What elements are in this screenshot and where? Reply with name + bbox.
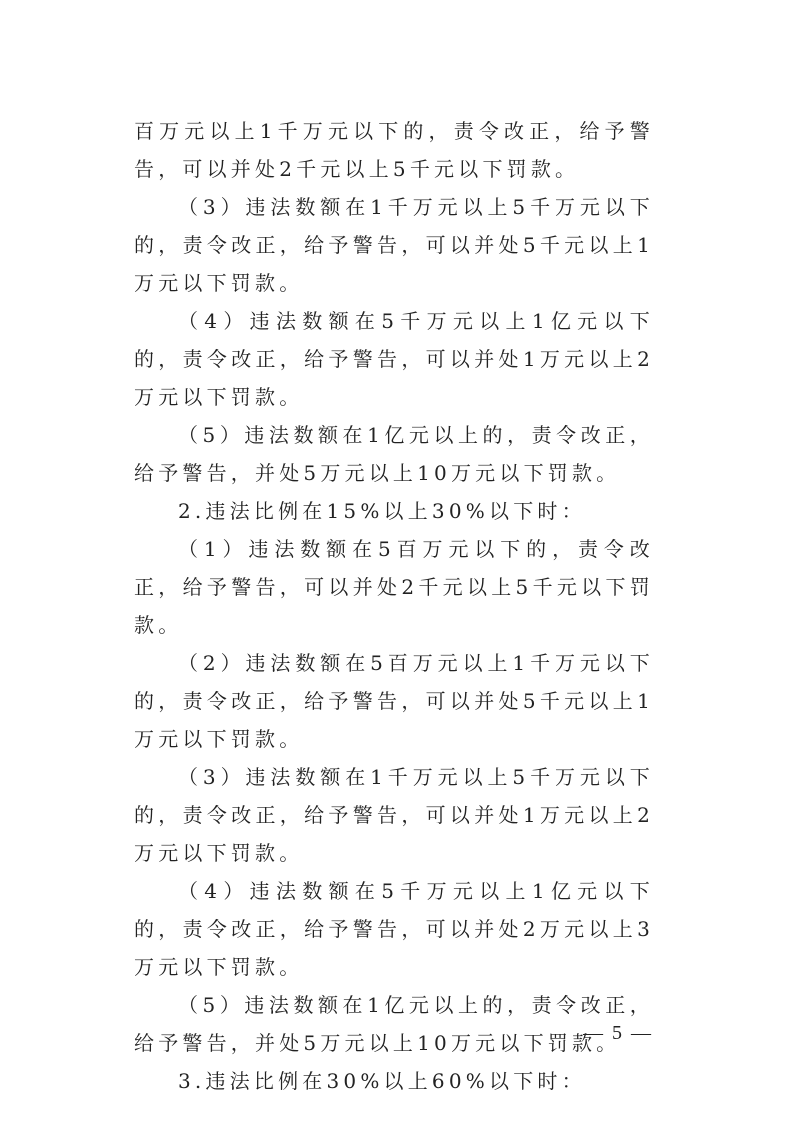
paragraph-item-2: （2）违法数额在5百万元以上1千万元以下的，责令改正，给予警告，可以并处5千元以… bbox=[134, 644, 654, 758]
page-number: — 5 — bbox=[583, 1022, 653, 1045]
paragraph-item-3: （3）违法数额在1千万元以上5千万元以下的，责令改正，给予警告，可以并处5千元以… bbox=[134, 188, 654, 302]
paragraph-item-1: （1）违法数额在5百万元以下的，责令改正，给予警告，可以并处2千元以上5千元以下… bbox=[134, 530, 654, 644]
paragraph-item-4: （4）违法数额在5千万元以上1亿元以下的，责令改正，给予警告，可以并处2万元以上… bbox=[134, 872, 654, 986]
section-heading-3: 3.违法比例在30%以上60%以下时： bbox=[134, 1062, 654, 1100]
paragraph-item-3: （3）违法数额在1千万元以上5千万元以下的，责令改正，给予警告，可以并处1万元以… bbox=[134, 758, 654, 872]
section-heading-2: 2.违法比例在15%以上30%以下时： bbox=[134, 492, 654, 530]
document-body: 百万元以上1千万元以下的，责令改正，给予警告，可以并处2千元以上5千元以下罚款。… bbox=[134, 112, 654, 1100]
paragraph-item-5: （5）违法数额在1亿元以上的，责令改正，给予警告，并处5万元以上10万元以下罚款… bbox=[134, 986, 654, 1062]
paragraph-continuation: 百万元以上1千万元以下的，责令改正，给予警告，可以并处2千元以上5千元以下罚款。 bbox=[134, 112, 654, 188]
paragraph-item-4: （4）违法数额在5千万元以上1亿元以下的，责令改正，给予警告，可以并处1万元以上… bbox=[134, 302, 654, 416]
paragraph-item-5: （5）违法数额在1亿元以上的，责令改正，给予警告，并处5万元以上10万元以下罚款… bbox=[134, 416, 654, 492]
